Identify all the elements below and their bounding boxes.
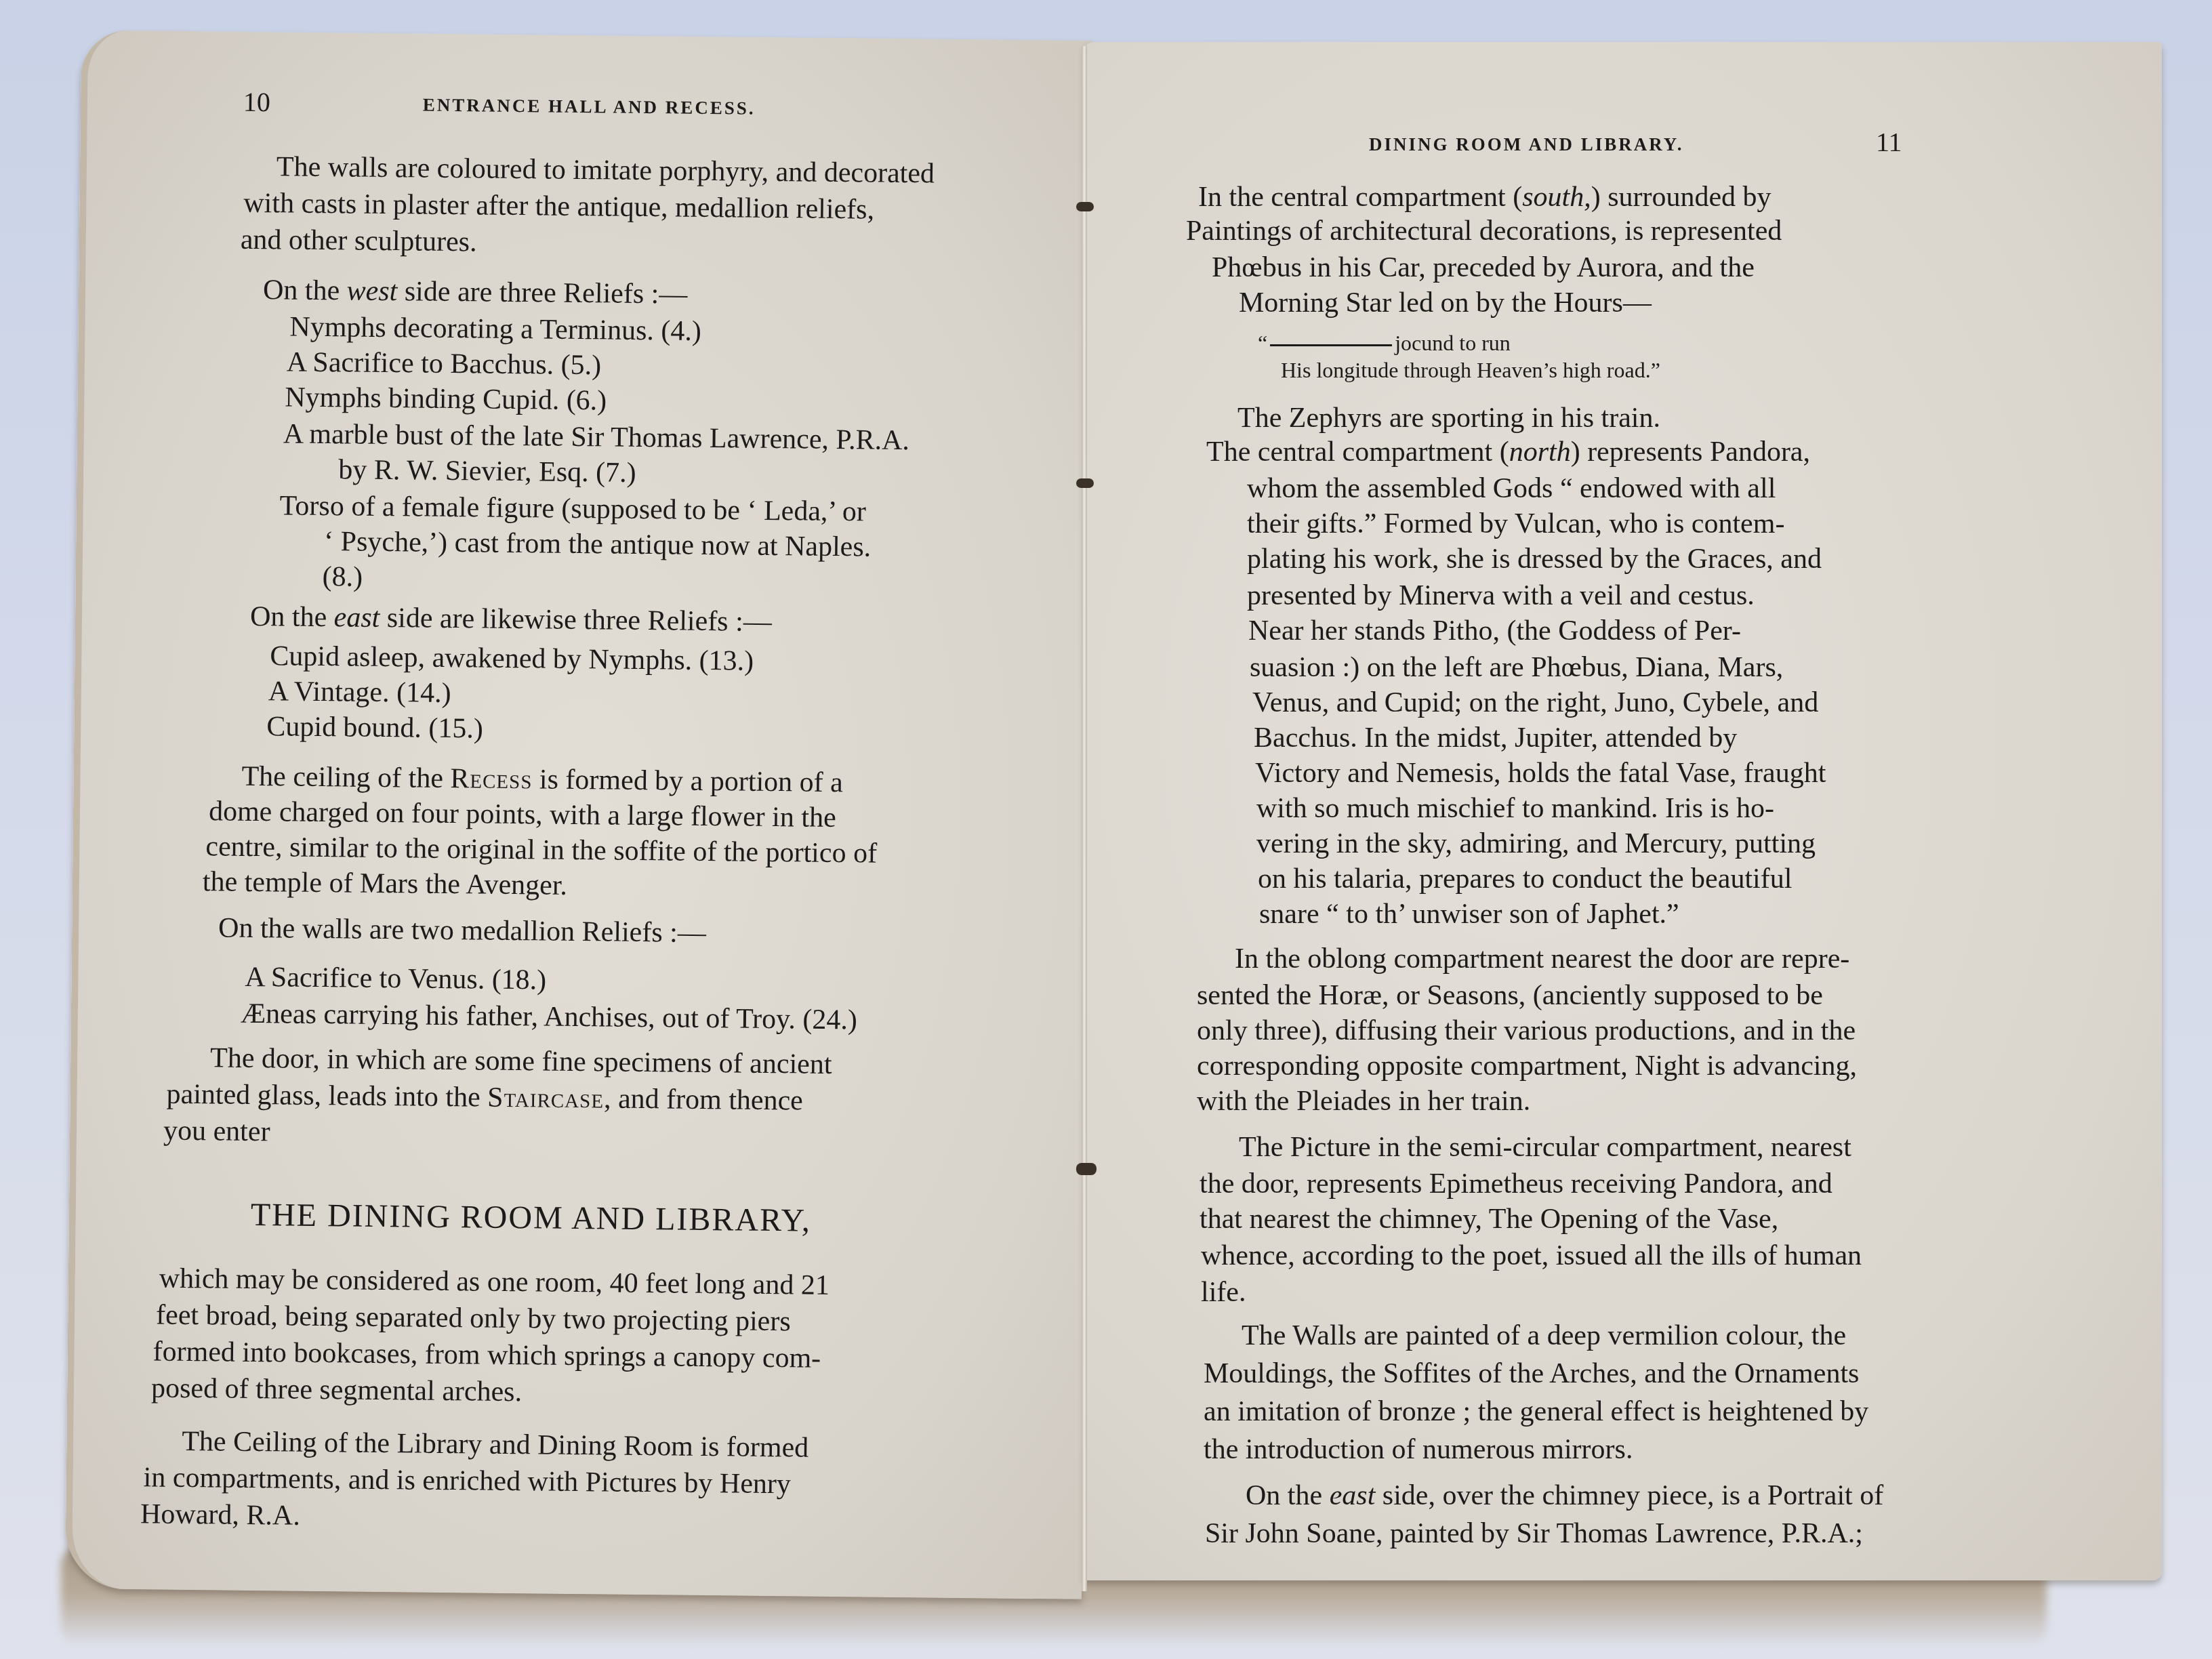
section-heading: THE DINING ROOM AND LIBRARY, — [251, 1196, 812, 1240]
text-line: The door, in which are some fine specime… — [210, 1044, 832, 1079]
list-item: Nymphs decorating a Terminus. (4.) — [289, 313, 701, 346]
text-line: plating his work, she is dressed by the … — [1247, 545, 1822, 573]
text-line: with casts in plaster after the antique,… — [243, 189, 874, 224]
running-head: DINING ROOM AND LIBRARY. — [1369, 134, 1684, 155]
text-line: dome charged on four points, with a larg… — [209, 797, 836, 832]
verse-omission-rule — [1270, 344, 1392, 346]
text-line: Howard, R.A. — [140, 1500, 300, 1530]
text-line: In the oblong compartment nearest the do… — [1235, 945, 1849, 973]
text-line: His longitude through Heaven’s high road… — [1281, 359, 1660, 381]
west-intro: On the west side are three Reliefs :— — [263, 276, 688, 309]
text-line: in compartments, and is enriched with Pi… — [143, 1463, 791, 1498]
left-page: 10 ENTRANCE HALL AND RECESS. The walls a… — [65, 30, 1098, 1599]
text-line: suasion :) on the left are Phœbus, Diana… — [1250, 653, 1783, 682]
list-item: Nymphs binding Cupid. (6.) — [285, 383, 607, 415]
list-item: ‘ Psyche,’) cast from the antique now at… — [324, 527, 871, 561]
text-line: you enter — [163, 1117, 270, 1147]
text-line: Venus, and Cupid; on the right, Juno, Cy… — [1252, 689, 1818, 717]
binding-stitch-hole — [1076, 1163, 1097, 1175]
text-line: centre, similar to the original in the s… — [205, 832, 877, 867]
text-line: In the central compartment (south,) surr… — [1198, 183, 1771, 211]
text-line: corresponding opposite compartment, Nigh… — [1197, 1052, 1857, 1080]
page-number: 11 — [1876, 126, 1902, 158]
text-line: “jocund to run — [1258, 332, 1511, 354]
east-reliefs-list: Cupid asleep, awakened by Nymphs. (13.) … — [88, 30, 1098, 41]
text-line: feet broad, being separated only by two … — [156, 1301, 791, 1336]
text-line: formed into bookcases, from which spring… — [152, 1338, 821, 1373]
text-line: The Walls are painted of a deep vermilio… — [1242, 1322, 1846, 1350]
medallion-reliefs-list: A Sacrifice to Venus. (18.) Æneas carryi… — [88, 30, 1098, 41]
text-line: with the Pleiades in her train. — [1197, 1087, 1530, 1115]
running-head: ENTRANCE HALL AND RECESS. — [423, 95, 756, 119]
page-number: 10 — [243, 86, 270, 118]
text-line: life. — [1201, 1278, 1246, 1307]
list-item: Cupid asleep, awakened by Nymphs. (13.) — [270, 642, 754, 675]
text-line: presented by Minerva with a veil and ces… — [1247, 581, 1755, 610]
text-line: posed of three segmental arches. — [151, 1374, 522, 1406]
list-item: Torso of a female figure (supposed to be… — [280, 491, 867, 526]
west-reliefs-list: Nymphs decorating a Terminus. (4.) A Sac… — [88, 30, 1098, 41]
right-page: DINING ROOM AND LIBRARY. 11 In the centr… — [1084, 42, 2162, 1580]
binding-stitch-hole — [1076, 478, 1094, 488]
paragraph-ceiling-library: The Ceiling of the Library and Dining Ro… — [88, 30, 1098, 41]
text-line: Phœbus in his Car, preceded by Aurora, a… — [1212, 253, 1755, 282]
text-line: The ceiling of the Recess is formed by a… — [241, 762, 843, 797]
text-line: an imitation of bronze ; the general eff… — [1204, 1397, 1868, 1426]
text-line: the introduction of numerous mirrors. — [1204, 1435, 1633, 1464]
text-line: The Zephyrs are sporting in his train. — [1237, 404, 1660, 432]
text-line: Sir John Soane, painted by Sir Thomas La… — [1205, 1519, 1863, 1548]
text-line: vering in the sky, admiring, and Mercury… — [1256, 829, 1816, 858]
text-line: which may be considered as one room, 40 … — [159, 1265, 829, 1300]
text-line: sented the Horæ, or Seasons, (anciently … — [1197, 981, 1823, 1010]
text-line: that nearest the chimney, The Opening of… — [1200, 1205, 1778, 1233]
list-item: Æneas carrying his father, Anchises, out… — [241, 1000, 858, 1035]
list-item: A Sacrifice to Bacchus. (5.) — [287, 348, 602, 380]
binding-stitch-hole — [1076, 202, 1094, 211]
paragraph-dining-room: which may be considered as one room, 40 … — [88, 30, 1098, 41]
list-item: by R. W. Sievier, Esq. (7.) — [338, 455, 636, 487]
text-line: snare “ to th’ unwiser son of Japhet.” — [1259, 900, 1679, 928]
text-line: Bacchus. In the midst, Jupiter, attended… — [1254, 724, 1737, 752]
list-item: A Sacrifice to Venus. (18.) — [245, 963, 546, 995]
text-line: Mouldings, the Soffites of the Arches, a… — [1204, 1359, 1859, 1388]
text-line: Near her stands Pitho, (the Goddess of P… — [1248, 617, 1741, 645]
text-line: the temple of Mars the Avenger. — [203, 867, 567, 900]
list-item: (8.) — [322, 562, 363, 592]
text-line: On the east side, over the chimney piece… — [1246, 1481, 1883, 1510]
text-line: The central compartment (north) represen… — [1206, 438, 1810, 466]
text-line: Morning Star led on by the Hours— — [1239, 289, 1652, 317]
text-line: whom the assembled Gods “ endowed with a… — [1247, 474, 1776, 503]
text-line: Paintings of architectural decorations, … — [1186, 217, 1782, 245]
book-spine — [1082, 46, 1087, 1591]
text-line: and other sculptures. — [241, 226, 477, 257]
text-line: on his talaria, prepares to conduct the … — [1258, 865, 1792, 893]
list-item: A marble bust of the late Sir Thomas Law… — [283, 419, 910, 455]
text-line: their gifts.” Formed by Vulcan, who is c… — [1247, 510, 1784, 538]
text-line: The Ceiling of the Library and Dining Ro… — [182, 1427, 808, 1462]
text-line: painted glass, leads into the Staircase,… — [166, 1080, 803, 1115]
text-line: only three), diffusing their various pro… — [1197, 1017, 1856, 1045]
medallion-intro: On the walls are two medallion Reliefs :… — [218, 914, 706, 947]
paragraph-ceiling-recess: The ceiling of the Recess is formed by a… — [88, 30, 1098, 41]
text-line: Victory and Nemesis, holds the fatal Vas… — [1255, 759, 1826, 787]
list-item: Cupid bound. (15.) — [266, 712, 483, 743]
text-line: The walls are coloured to imitate porphy… — [276, 152, 935, 188]
text-line: with so much mischief to mankind. Iris i… — [1256, 794, 1774, 823]
list-item: A Vintage. (14.) — [268, 677, 451, 708]
paragraph-door: The door, in which are some fine specime… — [88, 30, 1098, 41]
paragraph-walls: The walls are coloured to imitate porphy… — [88, 30, 1098, 41]
text-line: The Picture in the semi-circular compart… — [1239, 1133, 1851, 1162]
text-line: the door, represents Epimetheus receivin… — [1200, 1170, 1832, 1198]
text-line: whence, according to the poet, issued al… — [1201, 1242, 1862, 1270]
east-intro: On the east side are likewise three Reli… — [250, 602, 772, 636]
